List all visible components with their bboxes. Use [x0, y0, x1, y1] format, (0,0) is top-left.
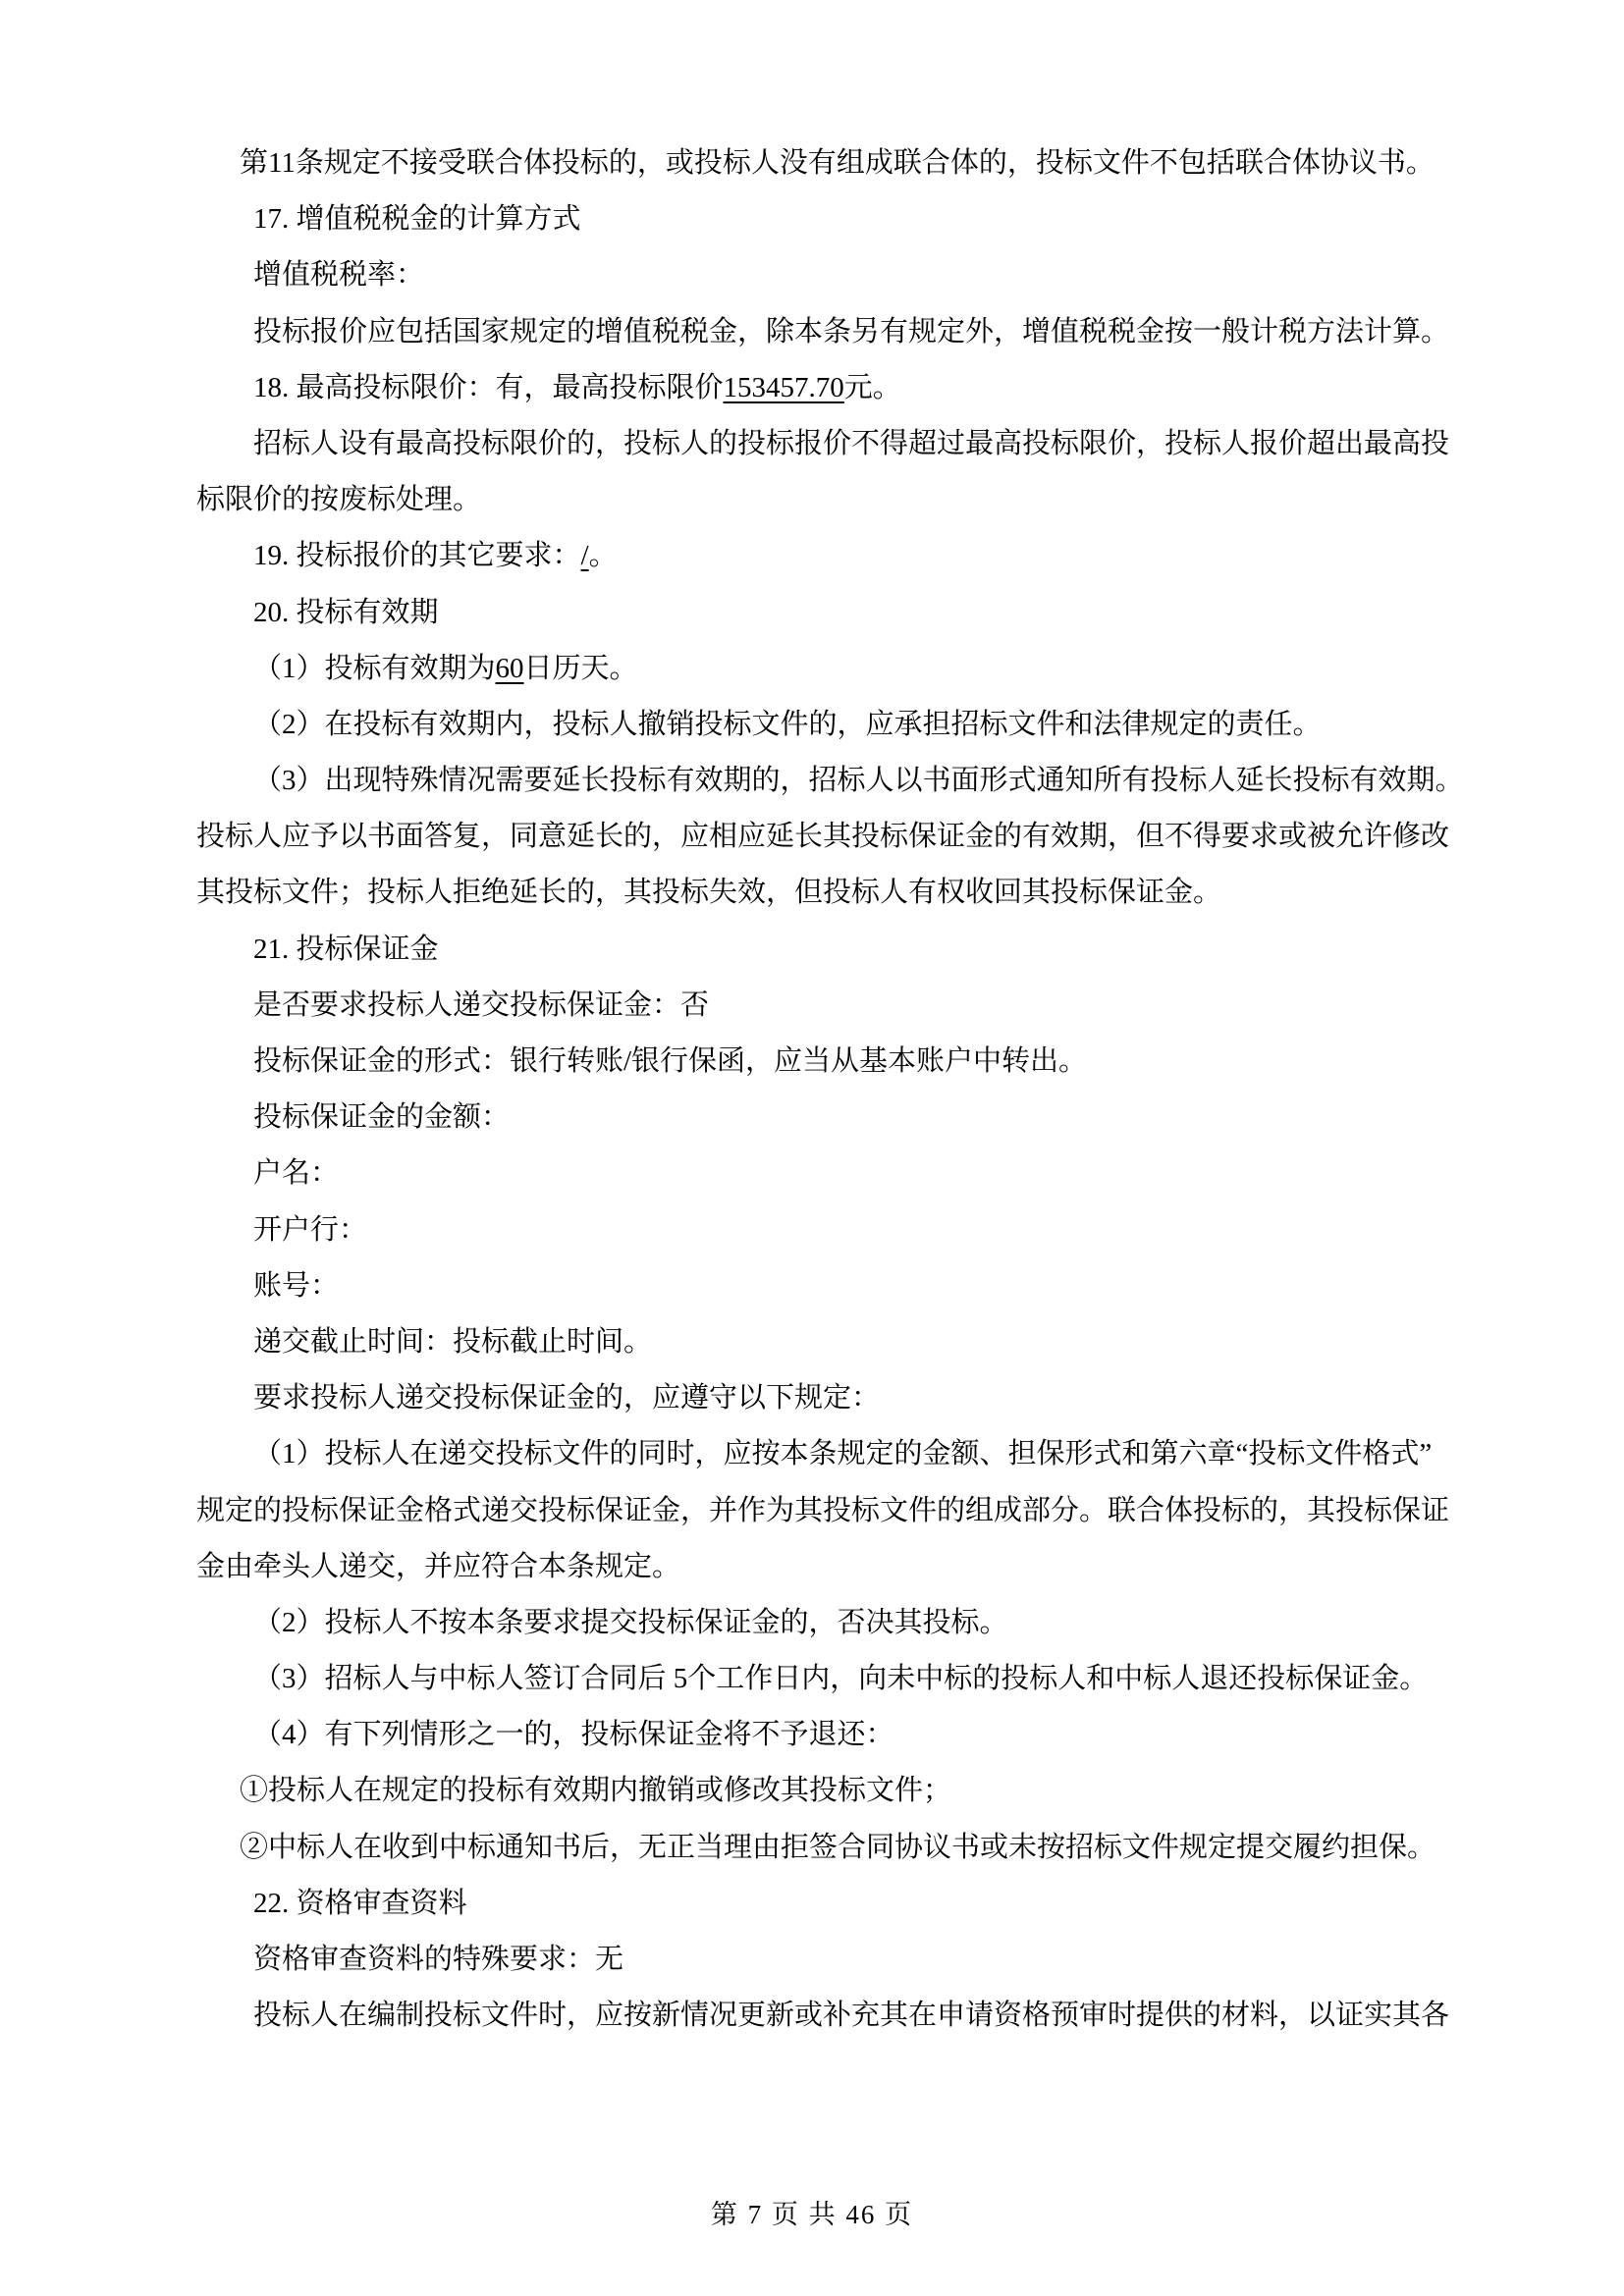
text-line: 其投标文件；投标人拒绝延长的，其投标失效，但投标人有权收回其投标保证金。 [196, 865, 1434, 921]
text-segment: （4）有下列情形之一的，投标保证金将不予退还： [253, 1719, 894, 1750]
text-segment: 其投标文件；投标人拒绝延长的，其投标失效，但投标人有权收回其投标保证金。 [196, 877, 1221, 908]
text-line: 户名： [196, 1146, 1434, 1201]
text-line: 投标保证金的形式：银行转账/银行保函，应当从基本账户中转出。 [196, 1034, 1434, 1090]
text-line: 开户行： [196, 1202, 1434, 1258]
text-segment: 规定的投标保证金格式递交投标保证金，并作为其投标文件的组成部分。联合体投标的，其… [196, 1495, 1449, 1526]
underlined-value: / [581, 540, 589, 571]
underlined-value: 60 [496, 653, 524, 684]
text-line: 投标保证金的金额： [196, 1090, 1434, 1146]
text-segment: 账号： [253, 1270, 339, 1302]
text-segment: 22. 资格审查资料 [253, 1888, 467, 1919]
text-line: 账号： [196, 1258, 1434, 1314]
text-line: ②中标人在收到中标通知书后，无正当理由拒签合同协议书或未按招标文件规定提交履约担… [196, 1820, 1434, 1876]
text-line: （3）招标人与中标人签订合同后 5个工作日内，向未中标的投标人和中标人退还投标保… [196, 1651, 1434, 1707]
text-line: 21. 投标保证金 [196, 922, 1434, 978]
text-segment: 资格审查资料的特殊要求：无 [253, 1944, 623, 1975]
text-segment: （1）投标人在递交投标文件的同时，应按本条规定的金额、担保形式和第六章“投标文件… [253, 1438, 1432, 1469]
text-line: 19. 投标报价的其它要求：/。 [196, 528, 1434, 584]
text-segment: 标限价的按废标处理。 [196, 484, 481, 515]
text-line: 金由牵头人递交，并应符合本条规定。 [196, 1539, 1434, 1595]
text-line: 标限价的按废标处理。 [196, 472, 1434, 528]
text-line: 18. 最高投标限价：有，最高投标限价153457.70元。 [196, 360, 1434, 416]
text-line: （1）投标人在递交投标文件的同时，应按本条规定的金额、担保形式和第六章“投标文件… [196, 1426, 1434, 1482]
text-segment: 招标人设有最高投标限价的，投标人的投标报价不得超过最高投标限价，投标人报价超出最… [253, 428, 1449, 459]
text-line: 投标报价应包括国家规定的增值税税金，除本条另有规定外，增值税税金按一般计税方法计… [196, 304, 1434, 360]
text-segment: 投标保证金的形式：银行转账/银行保函，应当从基本账户中转出。 [253, 1045, 1087, 1077]
document-body: 第11条规定不接受联合体投标的，或投标人没有组成联合体的，投标文件不包括联合体协… [196, 135, 1434, 2044]
text-line: （2）投标人不按本条要求提交投标保证金的，否决其投标。 [196, 1595, 1434, 1651]
text-line: 20. 投标有效期 [196, 585, 1434, 641]
text-segment: 投标人在编制投标文件时，应按新情况更新或补充其在申请资格预审时提供的材料，以证实… [253, 2000, 1449, 2031]
text-segment: 17. 增值税税金的计算方式 [253, 203, 581, 235]
text-line: 增值税税率： [196, 247, 1434, 303]
text-segment: （3）招标人与中标人签订合同后 5个工作日内，向未中标的投标人和中标人退还投标保… [253, 1663, 1428, 1694]
text-segment: 。 [589, 540, 618, 571]
text-line: 22. 资格审查资料 [196, 1876, 1434, 1932]
text-segment: ②中标人在收到中标通知书后，无正当理由拒签合同协议书或未按招标文件规定提交履约担… [240, 1832, 1435, 1863]
text-line: （2）在投标有效期内，投标人撤销投标文件的，应承担招标文件和法律规定的责任。 [196, 697, 1434, 753]
text-segment: 投标保证金的金额： [253, 1101, 510, 1133]
text-segment: （2）在投标有效期内，投标人撤销投标文件的，应承担招标文件和法律规定的责任。 [253, 709, 1322, 740]
text-segment: 递交截止时间：投标截止时间。 [253, 1326, 652, 1358]
text-segment: 增值税税率： [253, 259, 424, 291]
text-segment: 户名： [253, 1157, 339, 1189]
text-line: 17. 增值税税金的计算方式 [196, 191, 1434, 247]
text-segment: ①投标人在规定的投标有效期内撤销或修改其投标文件； [240, 1775, 951, 1806]
document-page: 第11条规定不接受联合体投标的，或投标人没有组成联合体的，投标文件不包括联合体协… [0, 0, 1624, 2296]
text-segment: （3）出现特殊情况需要延长投标有效期的，招标人以书面形式通知所有投标人延长投标有… [253, 765, 1464, 796]
text-segment: 21. 投标保证金 [253, 934, 439, 965]
text-line: 资格审查资料的特殊要求：无 [196, 1932, 1434, 1988]
text-segment: （1）投标有效期为 [253, 653, 496, 684]
page-footer: 第 7 页 共 46 页 [0, 2193, 1624, 2231]
text-line: 投标人应予以书面答复，同意延长的，应相应延长其投标保证金的有效期，但不得要求或被… [196, 809, 1434, 865]
text-line: （4）有下列情形之一的，投标保证金将不予退还： [196, 1707, 1434, 1763]
text-segment: 元。 [844, 372, 901, 403]
text-segment: 金由牵头人递交，并应符合本条规定。 [196, 1551, 680, 1582]
text-segment: 要求投标人递交投标保证金的，应遵守以下规定： [253, 1382, 880, 1414]
text-segment: 第11条规定不接受联合体投标的，或投标人没有组成联合体的，投标文件不包括联合体协… [240, 147, 1435, 179]
text-segment: （2）投标人不按本条要求提交投标保证金的，否决其投标。 [253, 1607, 1008, 1638]
text-segment: 投标人应予以书面答复，同意延长的，应相应延长其投标保证金的有效期，但不得要求或被… [196, 821, 1449, 852]
text-line: 递交截止时间：投标截止时间。 [196, 1314, 1434, 1370]
page-number-text: 第 7 页 共 46 页 [711, 2200, 913, 2229]
text-line: 是否要求投标人递交投标保证金：否 [196, 978, 1434, 1034]
text-segment: 18. 最高投标限价：有，最高投标限价 [253, 372, 724, 403]
text-line: 要求投标人递交投标保证金的，应遵守以下规定： [196, 1370, 1434, 1426]
underlined-value: 153457.70 [724, 372, 844, 403]
text-segment: 开户行： [253, 1214, 367, 1246]
text-line: ①投标人在规定的投标有效期内撤销或修改其投标文件； [196, 1763, 1434, 1819]
text-line: （1）投标有效期为60日历天。 [196, 641, 1434, 697]
text-segment: 20. 投标有效期 [253, 597, 439, 628]
text-line: （3）出现特殊情况需要延长投标有效期的，招标人以书面形式通知所有投标人延长投标有… [196, 753, 1434, 809]
text-line: 第11条规定不接受联合体投标的，或投标人没有组成联合体的，投标文件不包括联合体协… [196, 135, 1434, 191]
text-segment: 是否要求投标人递交投标保证金：否 [253, 989, 709, 1021]
text-segment: 投标报价应包括国家规定的增值税税金，除本条另有规定外，增值税税金按一般计税方法计… [253, 316, 1449, 347]
text-segment: 日历天。 [524, 653, 638, 684]
text-line: 招标人设有最高投标限价的，投标人的投标报价不得超过最高投标限价，投标人报价超出最… [196, 416, 1434, 472]
text-line: 规定的投标保证金格式递交投标保证金，并作为其投标文件的组成部分。联合体投标的，其… [196, 1483, 1434, 1539]
text-line: 投标人在编制投标文件时，应按新情况更新或补充其在申请资格预审时提供的材料，以证实… [196, 1988, 1434, 2044]
text-segment: 19. 投标报价的其它要求： [253, 540, 581, 571]
